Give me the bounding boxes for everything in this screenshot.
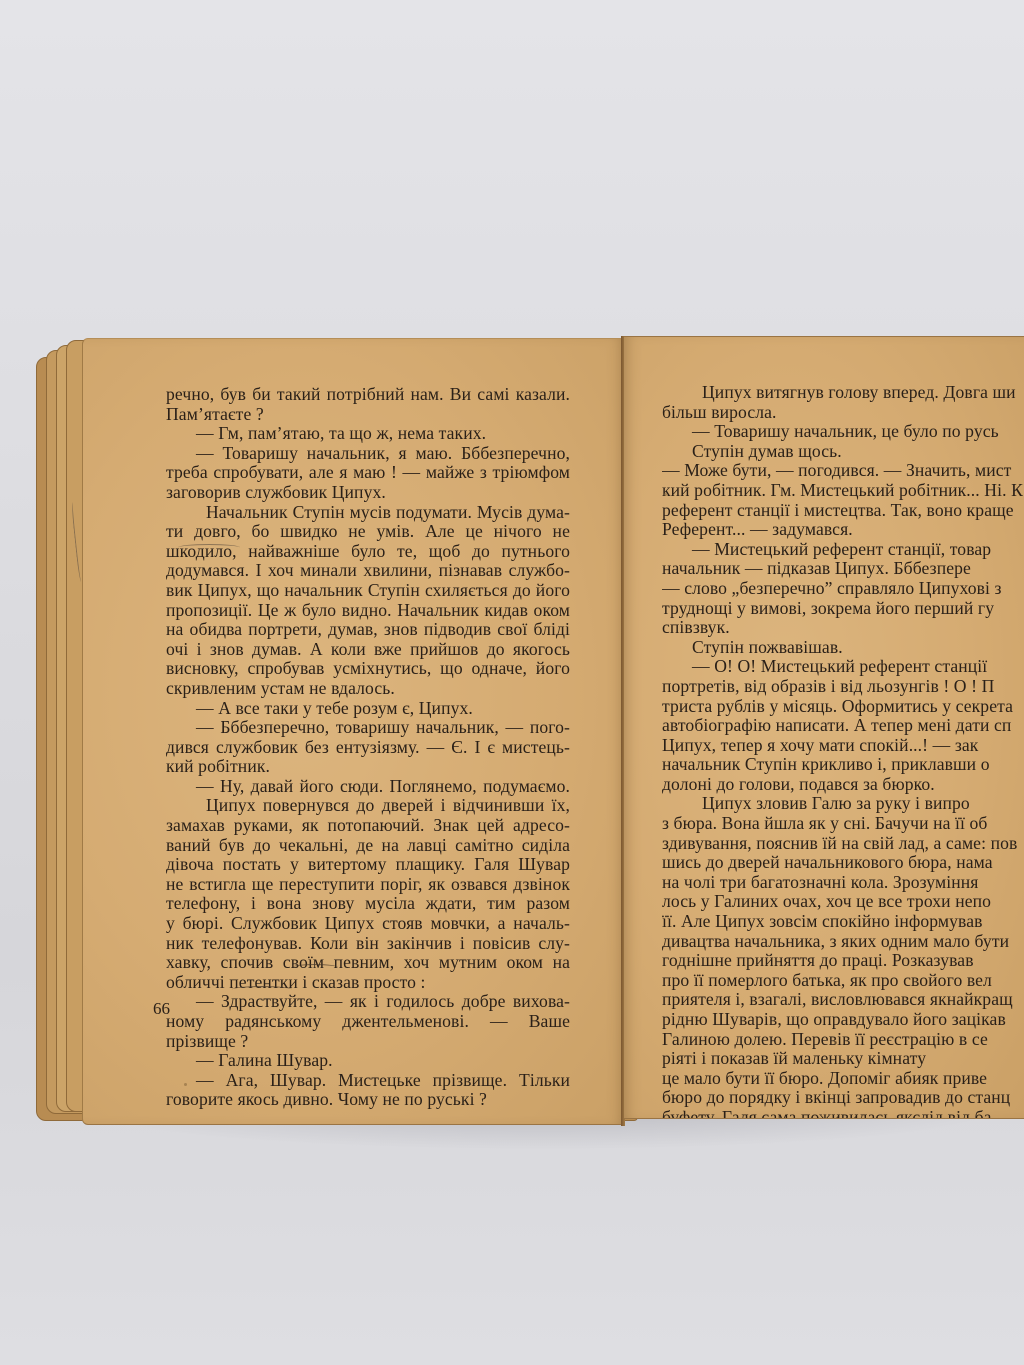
text-line: — Здраствуйте, — як і годилось добре вих… (166, 992, 570, 1012)
text-line: ти довго, бо швидко не умів. Але це нічо… (166, 522, 570, 542)
text-line: додумався. І хоч минали хвилини, пізнава… (166, 561, 570, 581)
text-line: телефону, і вона знову мусіла ждати, тим… (166, 894, 570, 914)
paper-speck (834, 1041, 837, 1044)
text-line: її. Але Ципух зовсім спокійно інформував (662, 912, 1024, 932)
text-line: ріяті і показав їй маленьку кімнату (662, 1049, 1024, 1069)
pencil-underline (232, 986, 292, 993)
text-line: приятеля і, взагалі, висловлювався якнай… (662, 990, 1024, 1010)
text-line: більш виросла. (662, 403, 1024, 423)
text-line: начальник — підказав Ципух. Бббезпере (662, 559, 1024, 579)
text-line: на чолі три багатозначні кола. Зрозумінн… (662, 873, 1024, 893)
text-line: пропозиції. Це ж було видно. Начальник к… (166, 601, 570, 621)
text-line: — Бббезперечно, товаришу начальник, — по… (166, 718, 570, 738)
text-line: — Товаришу начальник, я маю. Бббезперечн… (166, 444, 570, 464)
text-line: — Гм, пам’ятаю, та що ж, нема таких. (166, 424, 570, 444)
text-line: прізвище ? (166, 1032, 570, 1052)
paper-speck (664, 493, 667, 496)
text-line: — Може бути, — погодився. — Значить, мис… (662, 461, 1024, 481)
text-line: лось у Галиних очах, хоч це все трохи не… (662, 892, 1024, 912)
text-line: співзвук. (662, 618, 1024, 638)
text-line: скривленим устам не вдалось. (166, 679, 570, 699)
text-line: заговорив службовик Ципух. (166, 483, 570, 503)
text-line: говорите якось дивно. Чому не по руські … (166, 1090, 570, 1110)
text-line: Референт... — задумався. (662, 520, 1024, 540)
text-line: Ципух витягнув голову вперед. Довга ши (662, 383, 1024, 403)
text-line: ваний був до чекальні, де на лавці саміт… (166, 836, 570, 856)
right-page: Ципух витягнув голову вперед. Довга шибі… (624, 336, 1024, 1119)
text-line: дивацтва начальника, з яких одним мало б… (662, 932, 1024, 952)
text-line: вик Ципух, що начальник Ступін схиляєтьс… (166, 581, 570, 601)
text-line: Ступін думав щось. (662, 442, 1024, 462)
text-line: обличчі петентки і сказав просто : (166, 973, 570, 993)
text-line: Ципух, тепер я хочу мати спокій...! — за… (662, 736, 1024, 756)
text-line: Начальник Ступін мусів подумати. Мусів д… (166, 503, 570, 523)
text-line: Галиною долею. Перевів її реєстрацію в с… (662, 1030, 1024, 1050)
paper-speck (184, 1083, 187, 1086)
text-line: — Галина Шувар. (166, 1051, 570, 1071)
text-line: труднощі у вимові, зокрема його перший г… (662, 599, 1024, 619)
text-line: не встигла ще переступити поріг, як озва… (166, 875, 570, 895)
text-line: — А все таки у тебе розум є, Ципух. (166, 699, 570, 719)
text-line: кий робітник. (166, 757, 570, 777)
text-line: годнішне прийняття до праці. Розказував (662, 951, 1024, 971)
text-line: автобіографію написати. А тепер мені дат… (662, 716, 1024, 736)
text-line: висновку, спробував усміхнутись, що одна… (166, 659, 570, 679)
text-line: — Товаришу начальник, це було по русь (662, 422, 1024, 442)
text-line: хавку, спочив своїм певним, хоч мутним о… (166, 953, 570, 973)
text-line: дився службовик без ентузіязму. — Є. І є… (166, 738, 570, 758)
text-line: про її померлого батька, як про свойого … (662, 971, 1024, 991)
text-line: очі і знов думав. А коли вже прийшов до … (166, 640, 570, 660)
text-line: ник телефонував. Коли він закінчив і пов… (166, 934, 570, 954)
text-line: ному радянському джентельменові. — Ваше (166, 1012, 570, 1032)
pencil-underline (292, 964, 338, 971)
text-line: це мало бути її бюро. Допоміг абияк прив… (662, 1069, 1024, 1089)
text-line: замахав руками, як потопаючий. Знак цей … (166, 816, 570, 836)
text-line: рідню Шуварів, що оправдувало його зацік… (662, 1010, 1024, 1030)
pencil-underline (178, 544, 240, 551)
text-line: Пам’ятаєте ? (166, 405, 570, 425)
right-page-text: Ципух витягнув голову вперед. Довга шибі… (662, 383, 1024, 1119)
text-line: буфету. Галя сама поживилась якслід від … (662, 1108, 1024, 1119)
left-page: речно, був би такий потрібний нам. Ви са… (82, 338, 624, 1125)
text-line: на обидва портрети, думав, знов підводив… (166, 620, 570, 640)
text-line: дівоча постать у витертому плащику. Галя… (166, 855, 570, 875)
text-line: референт станції і мистецтва. Так, воно … (662, 501, 1024, 521)
text-line: триста рублів у місяць. Оформитись у сек… (662, 697, 1024, 717)
text-line: здивування, пояснив їй на свій лад, а са… (662, 834, 1024, 854)
text-line: — О! О! Мистецький референт станції (662, 657, 1024, 677)
text-line: шись до дверей начальникового бюра, нама (662, 853, 1024, 873)
text-line: начальник Ступін крикливо і, приклавши о (662, 755, 1024, 775)
text-line: Ципух повернувся до дверей і відчинивши … (166, 796, 570, 816)
text-line: треба спробувати, але я маю ! — майже з … (166, 463, 570, 483)
text-line: у бюрі. Службовик Ципух стояв мовчки, а … (166, 914, 570, 934)
text-line: — слово „безперечно” справляло Ципухові … (662, 579, 1024, 599)
text-line: — Мистецький референт станції, товар (662, 540, 1024, 560)
text-line: Ципух зловив Галю за руку і випро (662, 794, 1024, 814)
page-number: 66 (153, 999, 170, 1019)
text-line: з бюра. Вона йшла як у сні. Бачучи на її… (662, 814, 1024, 834)
text-line: долоні до голови, подався за бюрко. (662, 775, 1024, 795)
left-page-text: речно, був би такий потрібний нам. Ви са… (166, 385, 570, 1110)
text-line: — Ну, давай його сюди. Поглянемо, подума… (166, 777, 570, 797)
text-line: Ступін пожвавішав. (662, 638, 1024, 658)
text-line: бюро до порядку і вкінці запровадив до с… (662, 1088, 1024, 1108)
text-line: портретів, від образів і від льозунгів !… (662, 677, 1024, 697)
text-line: кий робітник. Гм. Мистецький робітник...… (662, 481, 1024, 501)
text-line: речно, був би такий потрібний нам. Ви са… (166, 385, 570, 405)
text-line: — Ага, Шувар. Мистецьке прізвище. Тільки (166, 1071, 570, 1091)
